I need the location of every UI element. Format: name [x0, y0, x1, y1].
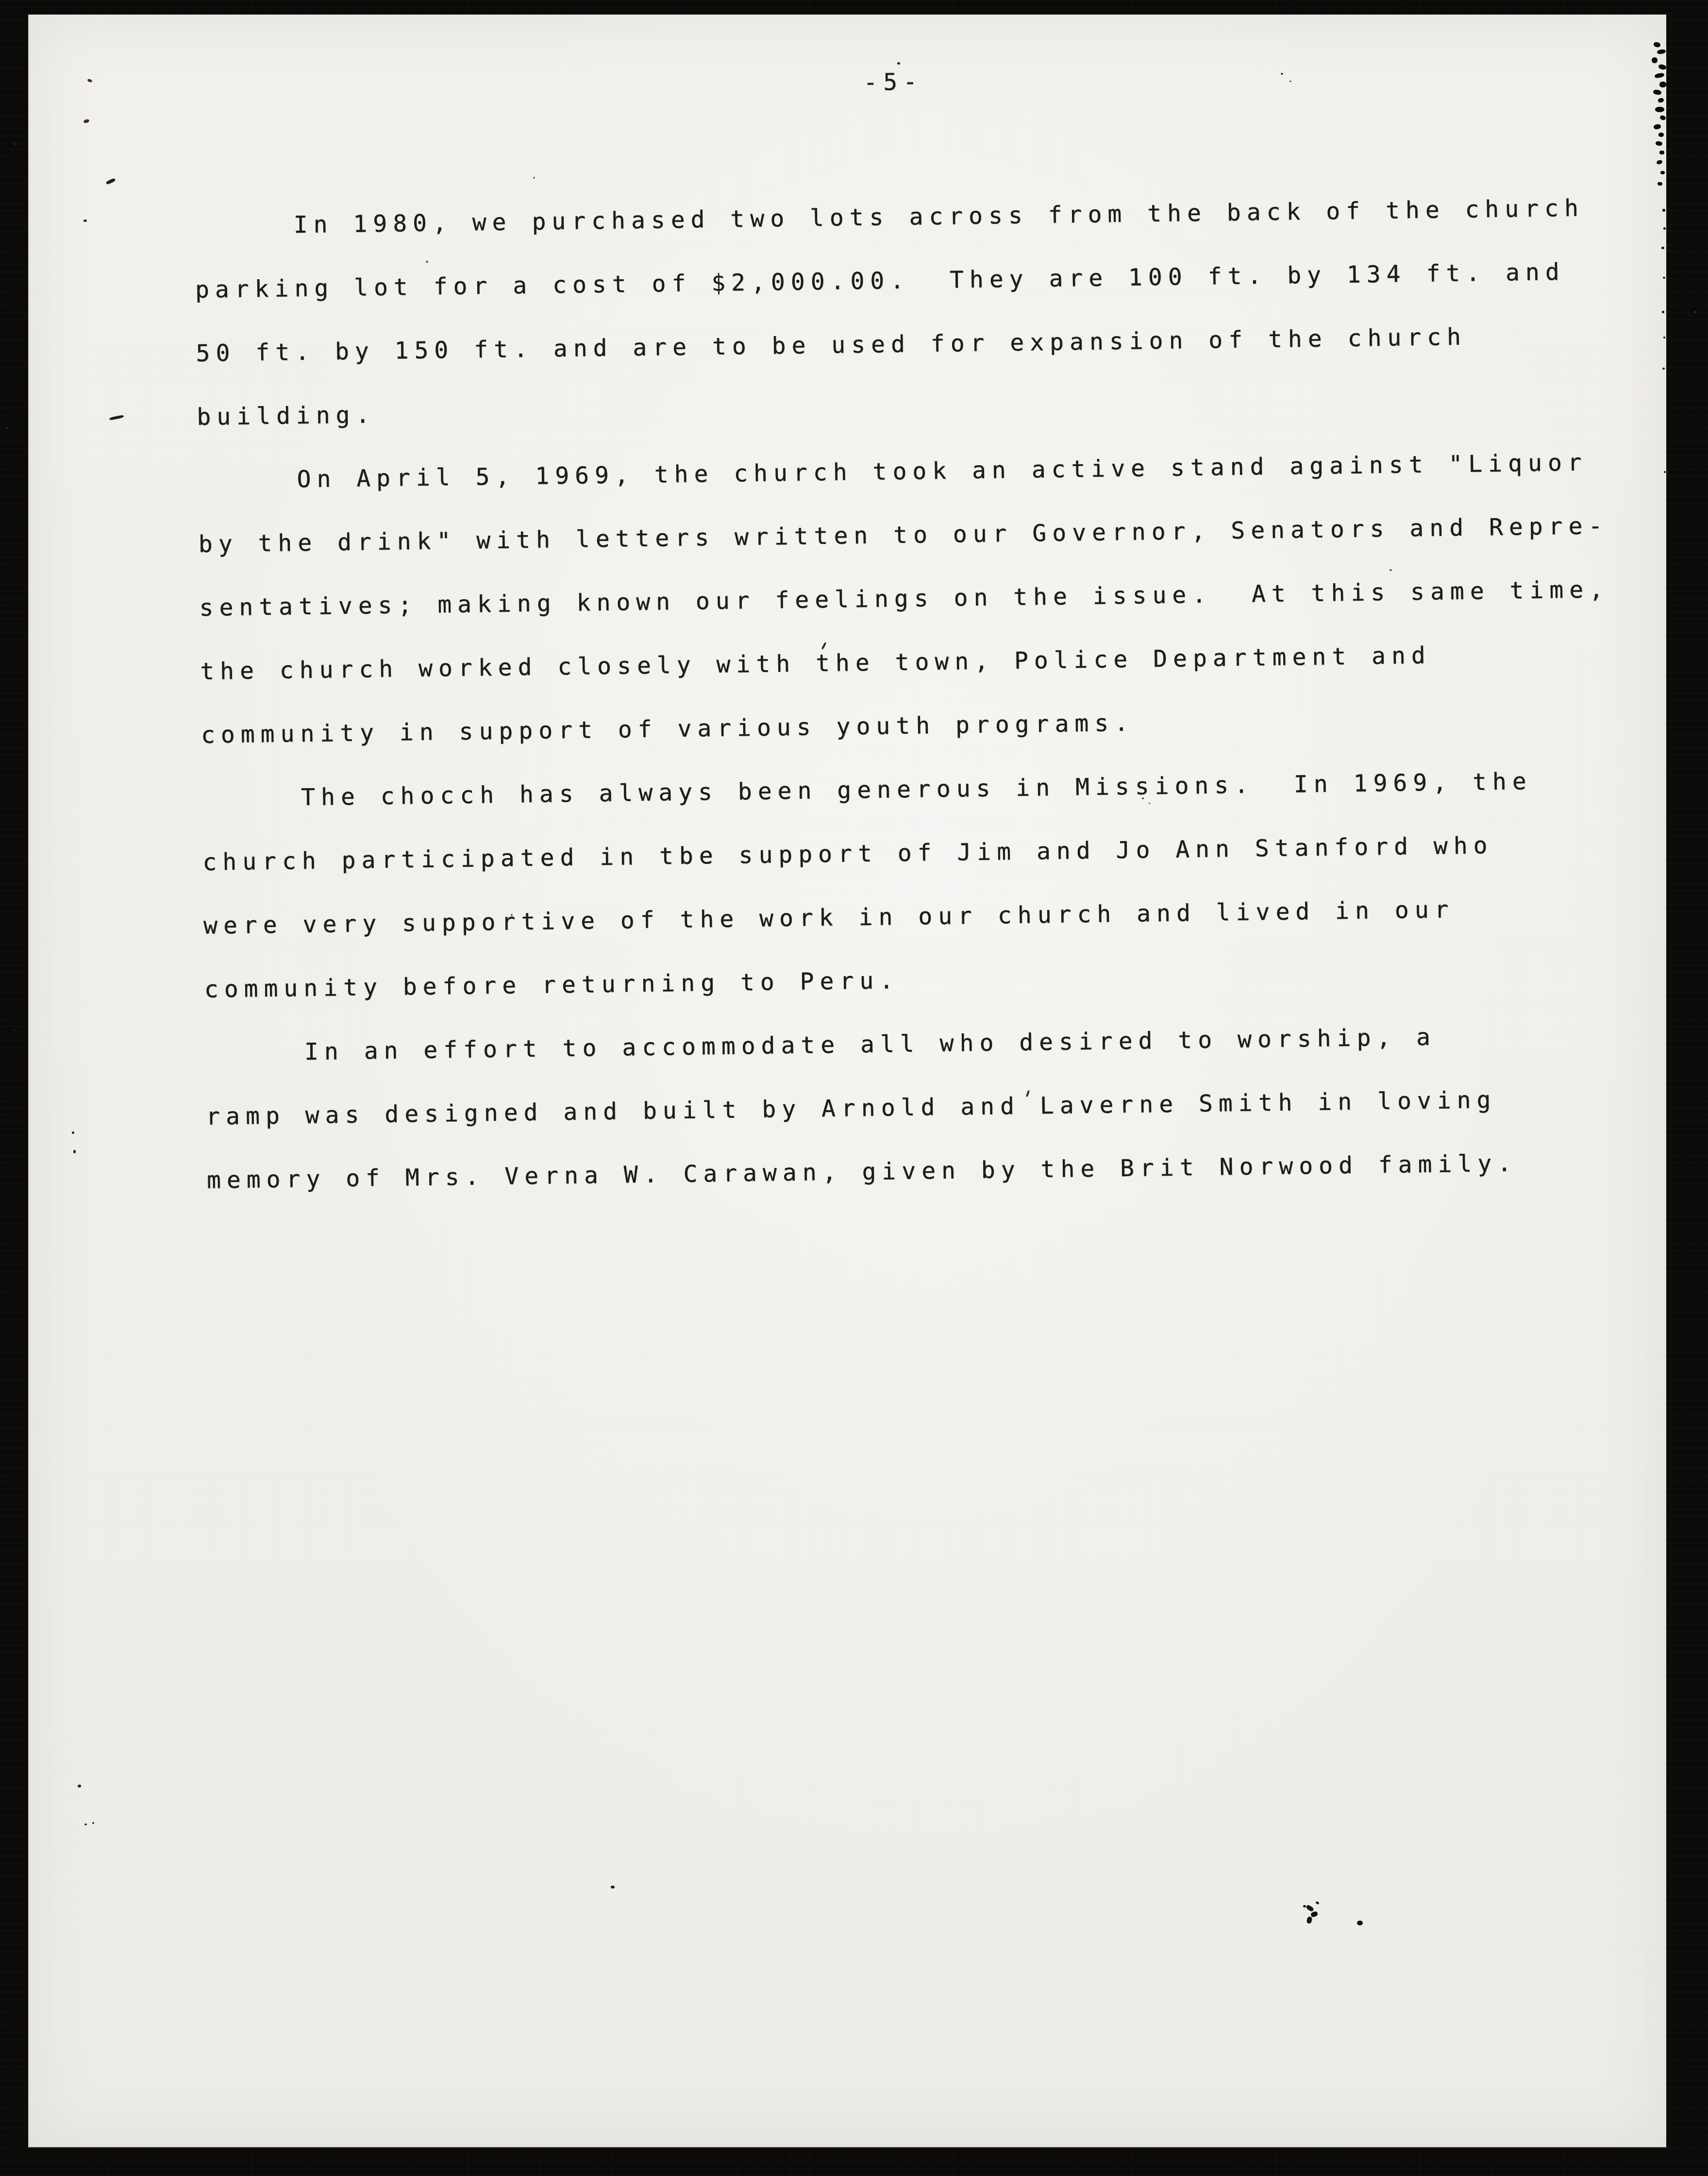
typed-text-layer: -5- In 1980, we purchased two lots acros… — [26, 0, 1691, 2149]
scanned-page-background: -5- In 1980, we purchased two lots acros… — [0, 0, 1708, 2176]
paragraph-ramp: In an effort to accommodate all who desi… — [205, 1003, 1654, 1213]
page-number: -5- — [863, 50, 923, 115]
paragraph-liquor-stand: On April 5, 1969, the church took an act… — [197, 430, 1648, 767]
paragraph-missions: The chocch has always been generous in M… — [201, 748, 1652, 1022]
document-body: In 1980, we purchased two lots across fr… — [194, 176, 1654, 1213]
paragraph-lots-purchase: In 1980, we purchased two lots across fr… — [194, 176, 1644, 449]
document-page: -5- In 1980, we purchased two lots acros… — [28, 15, 1666, 2147]
